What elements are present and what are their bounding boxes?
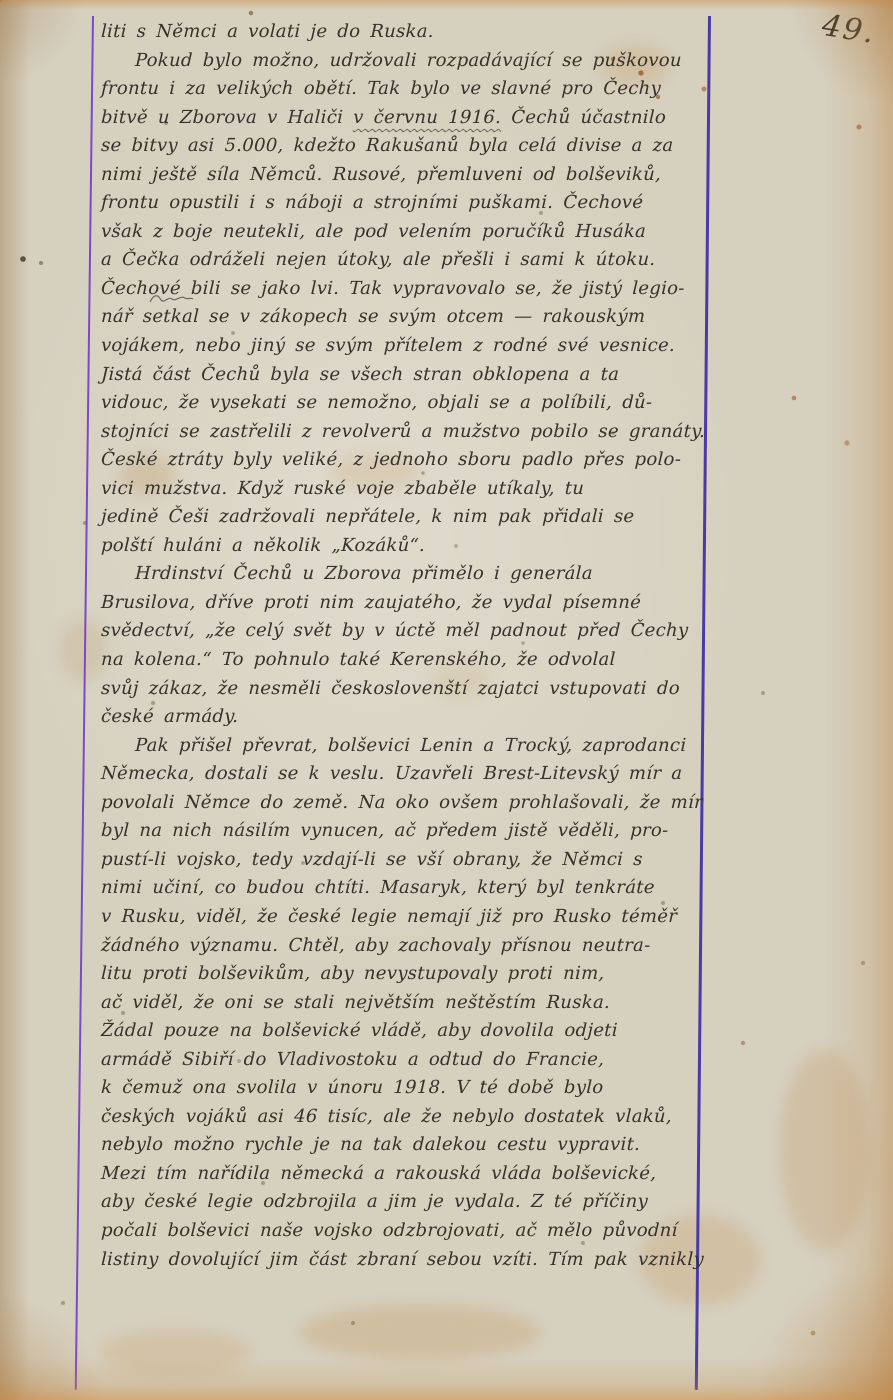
manuscript-line: na kolena.“ To pohnulo také Kerenského, … [101, 646, 724, 675]
manuscript-line: frontu i za velikých obětí. Tak bylo ve … [101, 75, 724, 104]
manuscript-line: počali bolševici naše vojsko odzbrojovat… [101, 1217, 724, 1246]
page-number: 49. [820, 8, 879, 51]
line-text: vojákem, nebo jiný se svým přítelem z ro… [101, 335, 676, 356]
line-text: Pokud bylo možno, udržovali rozpadávajíc… [135, 50, 683, 71]
manuscript-line: se bitvy asi 5.000, kdežto Rakušanů byla… [101, 132, 724, 161]
line-text: svůj zákaz, že nesměli českoslovenští za… [101, 678, 681, 699]
manuscript-line: české armády. [101, 703, 724, 732]
manuscript-line: pustí-li vojsko, tedy vzdají-li se vší o… [101, 846, 724, 875]
manuscript-line: vici mužstva. Když ruské voje zbaběle ut… [101, 475, 724, 504]
line-text: Brusilova, dříve proti nim zaujatého, že… [101, 592, 642, 613]
manuscript-line: litu proti bolševikům, aby nevystupovaly… [101, 960, 724, 989]
manuscript-line: České ztráty byly veliké, z jednoho sbor… [101, 446, 724, 475]
manuscript-line: ač viděl, že oni se stali největším nešt… [101, 989, 724, 1018]
manuscript-line: nimi ještě síla Němců. Rusové, přemluven… [101, 161, 724, 190]
line-text: Pak přišel převrat, bolševici Lenin a Tr… [135, 735, 687, 756]
manuscript-page: 49. liti s Němci a volati je do Ruska.Po… [0, 0, 893, 1400]
manuscript-line: aby české legie odzbrojila a jim je vyda… [101, 1188, 724, 1217]
line-text: na kolena.“ To pohnulo také Kerenského, … [101, 649, 616, 670]
line-text: vidouc, že vysekati se nemožno, objali s… [101, 392, 653, 413]
manuscript-line: Čechové bili se jako lvi. Tak vypravoval… [101, 275, 724, 304]
manuscript-line: stojníci se zastřelili z revolverů a muž… [101, 418, 724, 447]
manuscript-line: svědectví, „že celý svět by v úctě měl p… [101, 617, 724, 646]
manuscript-line: nimi učiní, co budou chtíti. Masaryk, kt… [101, 874, 724, 903]
line-text: nimi ještě síla Němců. Rusové, přemluven… [101, 164, 662, 185]
manuscript-line: byl na nich násilím vynucen, ač předem j… [101, 817, 724, 846]
line-text: nimi učiní, co budou chtíti. Masaryk, kt… [101, 877, 656, 898]
manuscript-line: vojákem, nebo jiný se svým přítelem z ro… [101, 332, 724, 361]
margin-rule-left [75, 16, 94, 1390]
line-text: Čechů účastnilo [501, 107, 666, 128]
manuscript-line: jedině Češi zadržovali nepřátele, k nim … [101, 503, 724, 532]
line-text: žádného významu. Chtěl, aby zachovaly př… [101, 935, 651, 956]
manuscript-line: bitvě u Zborova v Haliči v červnu 1916. … [101, 104, 724, 133]
line-text: byl na nich násilím vynucen, ač předem j… [101, 820, 669, 841]
manuscript-line: Brusilova, dříve proti nim zaujatého, že… [101, 589, 724, 618]
line-text: Mezi tím nařídila německá a rakouská vlá… [101, 1163, 657, 1184]
line-text: armádě Sibiří do Vladivostoku a odtud do… [101, 1049, 605, 1070]
line-text: Žádal pouze na bolševické vládě, aby dov… [101, 1020, 619, 1041]
manuscript-line: v Rusku, viděl, že české legie nemají ji… [101, 903, 724, 932]
line-text: jedině Češi zadržovali nepřátele, k nim … [101, 506, 635, 527]
underlined-phrase: v červnu 1916. [353, 107, 502, 128]
manuscript-line: a Čečka odráželi nejen útoky, ale přešli… [101, 246, 724, 275]
line-text: a Čečka odráželi nejen útoky, ale přešli… [101, 249, 656, 270]
manuscript-line: Pak přišel převrat, bolševici Lenin a Tr… [101, 732, 724, 761]
line-text: stojníci se zastřelili z revolverů a muž… [101, 421, 706, 442]
line-text: Jistá část Čechů byla se všech stran obk… [101, 364, 620, 385]
line-text: liti s Němci a volati je do Ruska. [101, 21, 435, 42]
manuscript-line: nář setkal se v zákopech se svým otcem —… [101, 303, 724, 332]
line-text: svědectví, „že celý svět by v úctě měl p… [101, 620, 689, 641]
line-text: české armády. [101, 706, 239, 727]
line-text: polští huláni a několik „Kozáků“. [101, 535, 426, 556]
line-text: Čechové bili se jako lvi. Tak vypravoval… [101, 278, 685, 299]
manuscript-line: svůj zákaz, že nesměli českoslovenští za… [101, 675, 724, 704]
line-text: litu proti bolševikům, aby nevystupovaly… [101, 963, 605, 984]
line-text: pustí-li vojsko, tedy vzdají-li se vší o… [101, 849, 643, 870]
manuscript-line: vidouc, že vysekati se nemožno, objali s… [101, 389, 724, 418]
manuscript-line: však z boje neutekli, ale pod velením po… [101, 218, 724, 247]
paper-stain [780, 1050, 870, 1250]
line-text: počali bolševici naše vojsko odzbrojovat… [101, 1220, 678, 1241]
manuscript-line: žádného významu. Chtěl, aby zachovaly př… [101, 932, 724, 961]
manuscript-line: Mezi tím nařídila německá a rakouská vlá… [101, 1160, 724, 1189]
line-text: však z boje neutekli, ale pod velením po… [101, 221, 647, 242]
line-text: frontu i za velikých obětí. Tak bylo ve … [101, 78, 662, 99]
manuscript-line: povolali Němce do země. Na oko ovšem pro… [101, 789, 724, 818]
line-text: vici mužstva. Když ruské voje zbaběle ut… [101, 478, 585, 499]
line-text: listiny dovolující jim část zbraní sebou… [101, 1249, 705, 1270]
line-text: k čemuž ona svolila v únoru 1918. V té d… [101, 1077, 604, 1098]
line-text: aby české legie odzbrojila a jim je vyda… [101, 1191, 649, 1212]
foxing-speckles [0, 0, 2, 2]
line-text: nář setkal se v zákopech se svým otcem —… [101, 306, 646, 327]
line-text: Německa, dostali se k veslu. Uzavřeli Br… [101, 763, 683, 784]
line-text: ač viděl, že oni se stali největším nešt… [101, 992, 611, 1013]
manuscript-line: Jistá část Čechů byla se všech stran obk… [101, 361, 724, 390]
manuscript-line: listiny dovolující jim část zbraní sebou… [101, 1246, 724, 1275]
manuscript-line: Pokud bylo možno, udržovali rozpadávajíc… [101, 47, 724, 76]
manuscript-line: frontu opustili i s náboji a strojními p… [101, 189, 724, 218]
manuscript-line: českých vojáků asi 46 tisíc, ale že neby… [101, 1103, 724, 1132]
manuscript-line: k čemuž ona svolila v únoru 1918. V té d… [101, 1074, 724, 1103]
line-text: v Rusku, viděl, že české legie nemají ji… [101, 906, 678, 927]
line-text: se bitvy asi 5.000, kdežto Rakušanů byla… [101, 135, 674, 156]
manuscript-line: liti s Němci a volati je do Ruska. [101, 18, 724, 47]
manuscript-line: Žádal pouze na bolševické vládě, aby dov… [101, 1017, 724, 1046]
paper-stain [100, 1330, 250, 1375]
handwriting-text-block: liti s Němci a volati je do Ruska.Pokud … [101, 18, 723, 1274]
line-text: České ztráty byly veliké, z jednoho sbor… [101, 449, 682, 470]
line-text: nebylo možno rychle je na tak dalekou ce… [101, 1134, 641, 1155]
line-text: českých vojáků asi 46 tisíc, ale že neby… [101, 1106, 673, 1127]
line-text: frontu opustili i s náboji a strojními p… [101, 192, 644, 213]
manuscript-line: Hrdinství Čechů u Zborova přimělo i gene… [101, 560, 724, 589]
line-text: povolali Němce do země. Na oko ovšem pro… [101, 792, 704, 813]
line-text: Hrdinství Čechů u Zborova přimělo i gene… [135, 563, 594, 584]
manuscript-line: armádě Sibiří do Vladivostoku a odtud do… [101, 1046, 724, 1075]
manuscript-line: polští huláni a několik „Kozáků“. [101, 532, 724, 561]
line-text: bitvě u Zborova v Haliči [101, 107, 354, 128]
paper-stain [300, 1305, 540, 1360]
manuscript-line: nebylo možno rychle je na tak dalekou ce… [101, 1131, 724, 1160]
manuscript-line: Německa, dostali se k veslu. Uzavřeli Br… [101, 760, 724, 789]
